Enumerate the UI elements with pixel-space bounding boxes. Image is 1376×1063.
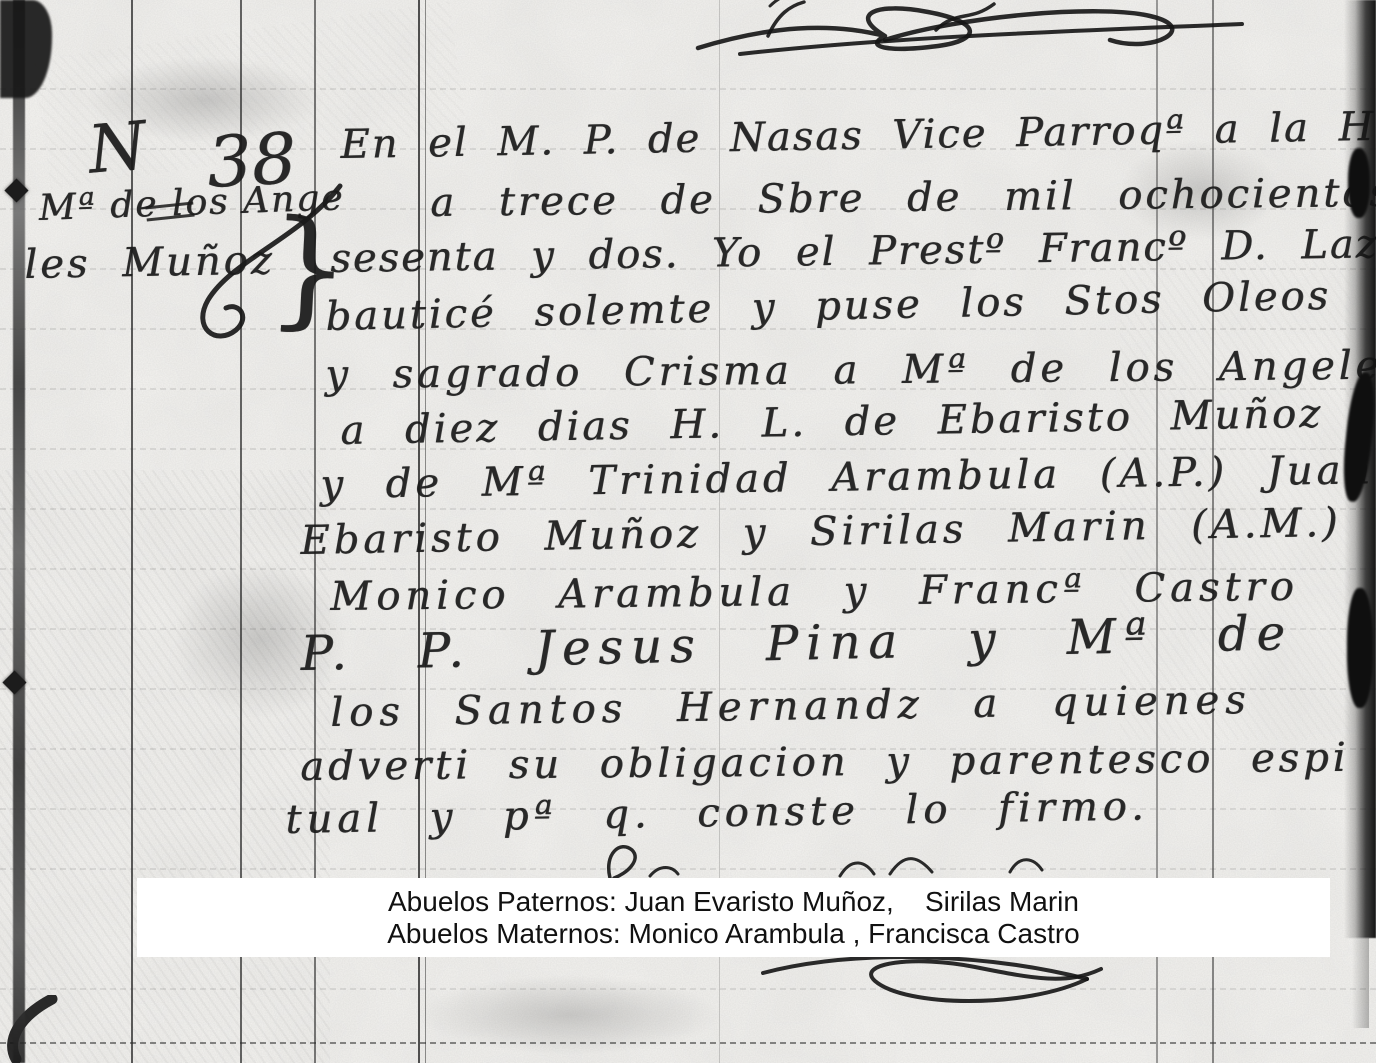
ruled-line-horizontal-dark — [0, 1042, 1376, 1044]
scan-smudge — [360, 960, 780, 1063]
ruled-line-horizontal — [0, 988, 1376, 990]
baptism-register-scan: N 38 Mª de los Ange les Muñoz } En el M.… — [0, 0, 1376, 1063]
binding-edge-bar — [13, 0, 25, 1063]
manuscript-line: adverti su obligacion y parentesco espi — [300, 735, 1350, 790]
grandparents-overlay: Abuelos Paternos: Juan Evaristo Muñoz, S… — [137, 878, 1330, 957]
maternal-grandparents-text: Abuelos Maternos: Monico Arambula , Fran… — [387, 918, 1080, 949]
manuscript-line: y sagrado Crisma a Mª de los Angeles — [325, 343, 1376, 398]
gutter-shadow-tail — [1352, 938, 1369, 1028]
gutter-ink-blob — [1348, 148, 1370, 218]
corner-hook-mark — [0, 995, 70, 1063]
signature-stroke-top — [760, 0, 810, 40]
manuscript-line: a trece de Sbre de mil ochocientos — [430, 170, 1376, 226]
paternal-grandparents-text: Abuelos Paternos: Juan Evaristo Muñoz, S… — [388, 886, 1079, 917]
partial-signature-strokes — [590, 838, 1070, 880]
gutter-ink-blob — [1347, 588, 1373, 708]
ruled-line-horizontal — [0, 88, 1376, 90]
pencil-streaks — [0, 470, 330, 1063]
record-number-letter: N — [85, 107, 149, 189]
signature-stroke-top — [930, 0, 1000, 40]
margin-child-name-line2: les Muñoz — [24, 238, 275, 288]
